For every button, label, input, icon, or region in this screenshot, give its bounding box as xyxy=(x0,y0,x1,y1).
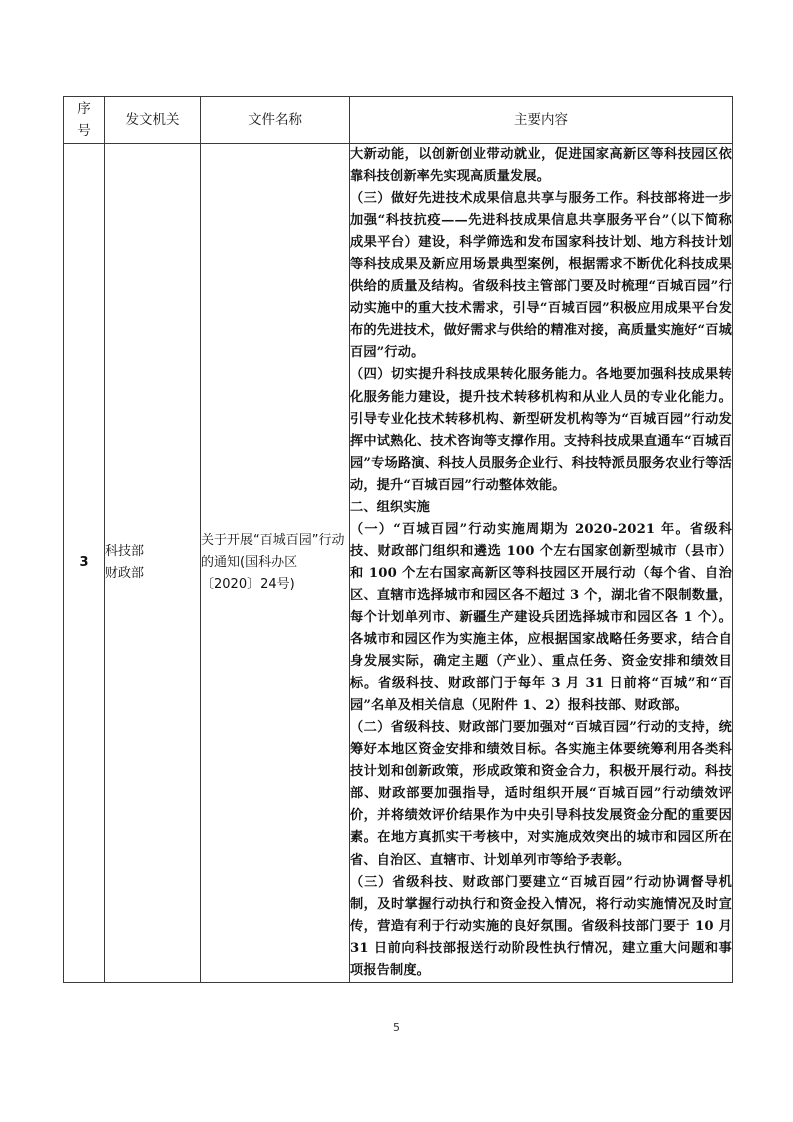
header-serial-number: 序 号 xyxy=(64,97,105,144)
row-issuing-authority: 科技部 财政部 xyxy=(105,144,201,983)
policy-document-table: 序 号 发文机关 文件名称 主要内容 3 科技部 财政部 关于开展“百城百园”行… xyxy=(63,96,733,983)
content-paragraph: （四）切实提升科技成果转化服务能力。各地要加强科技成果转化服务能力建设，提升技术… xyxy=(350,364,732,496)
content-paragraph: 大新动能，以创新创业带动就业，促进国家高新区等科技园区依靠科技创新率先实现高质量… xyxy=(350,144,732,188)
header-main-content: 主要内容 xyxy=(350,97,733,144)
content-paragraph: （三）省级科技、财政部门要建立“百城百园”行动协调督导机制，及时掌握行动执行和资… xyxy=(350,872,732,982)
table-row: 3 科技部 财政部 关于开展“百城百园”行动的通知(国科办区〔2020〕24号)… xyxy=(64,144,733,983)
row-main-content: 大新动能，以创新创业带动就业，促进国家高新区等科技园区依靠科技创新率先实现高质量… xyxy=(350,144,733,983)
content-paragraph: （二）省级科技、财政部门要加强对“百城百园”行动的支持，统筹好本地区资金安排和绩… xyxy=(350,717,732,871)
table-header-row: 序 号 发文机关 文件名称 主要内容 xyxy=(64,97,733,144)
content-paragraph: （一）“百城百园”行动实施周期为 2020-2021 年。省级科技、财政部门组织… xyxy=(350,519,732,717)
issuer-line: 科技部 xyxy=(105,541,200,563)
content-paragraph: （三）做好先进技术成果信息共享与服务工作。科技部将进一步加强“科技抗疫——先进科… xyxy=(350,188,732,364)
row-document-name: 关于开展“百城百园”行动的通知(国科办区〔2020〕24号) xyxy=(201,144,350,983)
row-serial-number: 3 xyxy=(64,144,105,983)
header-document-name: 文件名称 xyxy=(201,97,350,144)
header-serial-line2: 号 xyxy=(64,120,104,142)
issuer-line: 财政部 xyxy=(105,563,200,585)
header-issuing-authority: 发文机关 xyxy=(105,97,201,144)
page-number: 5 xyxy=(0,1021,793,1034)
document-page: 序 号 发文机关 文件名称 主要内容 3 科技部 财政部 关于开展“百城百园”行… xyxy=(0,0,793,1122)
header-serial-line1: 序 xyxy=(64,98,104,120)
section-heading: 二、组织实施 xyxy=(350,497,732,519)
